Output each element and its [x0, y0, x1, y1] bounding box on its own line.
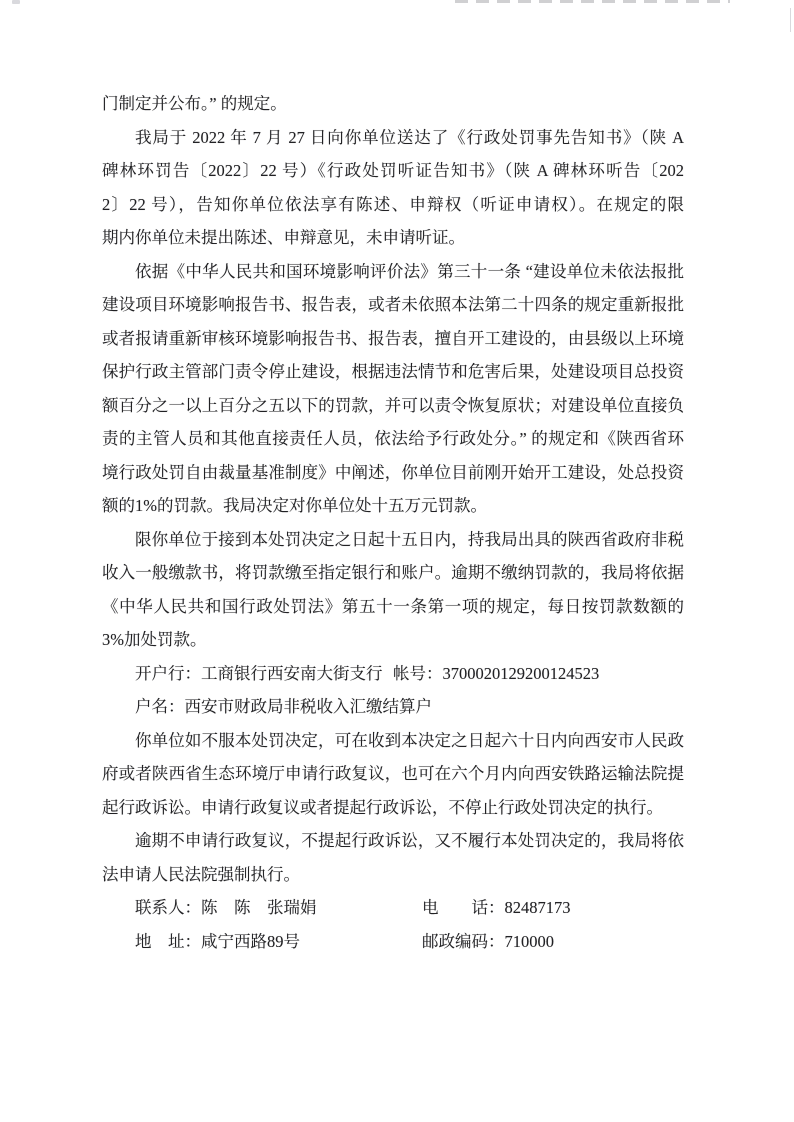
field-label-value: 帐号：3700020129200124523: [393, 657, 599, 691]
text-line: 你单位如不服本处罚决定，可在收到本决定之日起六十日内向西安市人民政: [102, 724, 684, 758]
text-line: 门制定并公布。” 的规定。: [102, 87, 684, 121]
field-label-value: 地 址：咸宁西路89号: [135, 932, 300, 951]
text-line: 2〕22 号），告知你单位依法享有陈述、申辩权（听证申请权）。在规定的限: [102, 188, 684, 222]
text-line: 限你单位于接到本处罚决定之日起十五日内，持我局出具的陕西省政府非税: [102, 523, 684, 557]
text-line: 3%加处罚款。: [102, 623, 684, 657]
field-label-value: 电 话：82487173: [422, 891, 571, 925]
text-line: 或者报请重新审核环境影响报告书、报告表，擅自开工建设的，由县级以上环境: [102, 322, 684, 356]
paragraph: 逾期不申请行政复议，不提起行政诉讼，又不履行本处罚决定的，我局将依法申请人民法院…: [102, 824, 684, 891]
text-line: 府或者陕西省生态环境厅申请行政复议，也可在六个月内向西安铁路运输法院提: [102, 757, 684, 791]
text-line: 境行政处罚自由裁量基准制度》中阐述，你单位目前刚开始开工建设，处总投资: [102, 456, 684, 490]
scan-line-top-right: [790, 8, 791, 32]
text-line: 额百分之一以上百分之五以下的罚款，并可以责令恢复原状；对建设单位直接负: [102, 389, 684, 423]
field-label-value: 户名：西安市财政局非税收入汇缴结算户: [135, 697, 432, 716]
text-line: 《中华人民共和国行政处罚法》第五十一条第一项的规定，每日按罚款数额的: [102, 590, 684, 624]
paragraph: 你单位如不服本处罚决定，可在收到本决定之日起六十日内向西安市人民政府或者陕西省生…: [102, 724, 684, 825]
text-line: 法申请人民法院强制执行。: [102, 858, 684, 892]
paragraph: 限你单位于接到本处罚决定之日起十五日内，持我局出具的陕西省政府非税收入一般缴款书…: [102, 523, 684, 657]
field-row: 联系人：陈 陈 张瑞娟电 话：82487173: [102, 891, 684, 925]
field-label-value: 开户行：工商银行西安南大街支行: [135, 664, 383, 683]
text-line: 我局于 2022 年 7 月 27 日向你单位送达了《行政处罚事先告知书》（陕 …: [102, 121, 684, 155]
scan-text-remnant-top-edge: [455, 0, 730, 3]
text-line: 依据《中华人民共和国环境影响评价法》第三十一条 “建设单位未依法报批: [102, 255, 684, 289]
text-line: 额的1%的罚款。我局决定对你单位处十五万元罚款。: [102, 489, 684, 523]
text-line: 期内你单位未提出陈述、申辩意见，未申请听证。: [102, 221, 684, 255]
text-line: 建设项目环境影响报告书、报告表，或者未依照本法第二十四条的规定重新报批: [102, 288, 684, 322]
page-background: 门制定并公布。” 的规定。我局于 2022 年 7 月 27 日向你单位送达了《…: [0, 0, 794, 1122]
text-line: 碑林环罚告〔2022〕22 号）《行政处罚听证告知书》（陕 A 碑林环听告〔20…: [102, 154, 684, 188]
paragraph: 我局于 2022 年 7 月 27 日向你单位送达了《行政处罚事先告知书》（陕 …: [102, 121, 684, 255]
text-line: 收入一般缴款书，将罚款缴至指定银行和账户。逾期不缴纳罚款的，我局将依据: [102, 556, 684, 590]
text-line: 逾期不申请行政复议，不提起行政诉讼，又不履行本处罚决定的，我局将依: [102, 824, 684, 858]
field-row: 开户行：工商银行西安南大街支行帐号：3700020129200124523: [102, 657, 684, 691]
scan-smudge-top-left: [12, 0, 20, 4]
paragraph: 依据《中华人民共和国环境影响评价法》第三十一条 “建设单位未依法报批建设项目环境…: [102, 255, 684, 523]
field-row: 地 址：咸宁西路89号邮政编码：710000: [102, 925, 684, 959]
paragraph: 门制定并公布。” 的规定。: [102, 87, 684, 121]
document-body: 门制定并公布。” 的规定。我局于 2022 年 7 月 27 日向你单位送达了《…: [102, 87, 684, 958]
field-label-value: 邮政编码：710000: [422, 925, 554, 959]
text-line: 责的主管人员和其他直接责任人员，依法给予行政处分。” 的规定和《陕西省环: [102, 422, 684, 456]
text-line: 起行政诉讼。申请行政复议或者提起行政诉讼，不停止行政处罚决定的执行。: [102, 791, 684, 825]
scanned-page: { "document": { "kind": "行政处罚决定书（扫描页）", …: [0, 0, 794, 1122]
field-row: 户名：西安市财政局非税收入汇缴结算户: [102, 690, 684, 724]
field-label-value: 联系人：陈 陈 张瑞娟: [135, 898, 317, 917]
text-line: 保护行政主管部门责令停止建设，根据违法情节和危害后果，处建设项目总投资: [102, 355, 684, 389]
